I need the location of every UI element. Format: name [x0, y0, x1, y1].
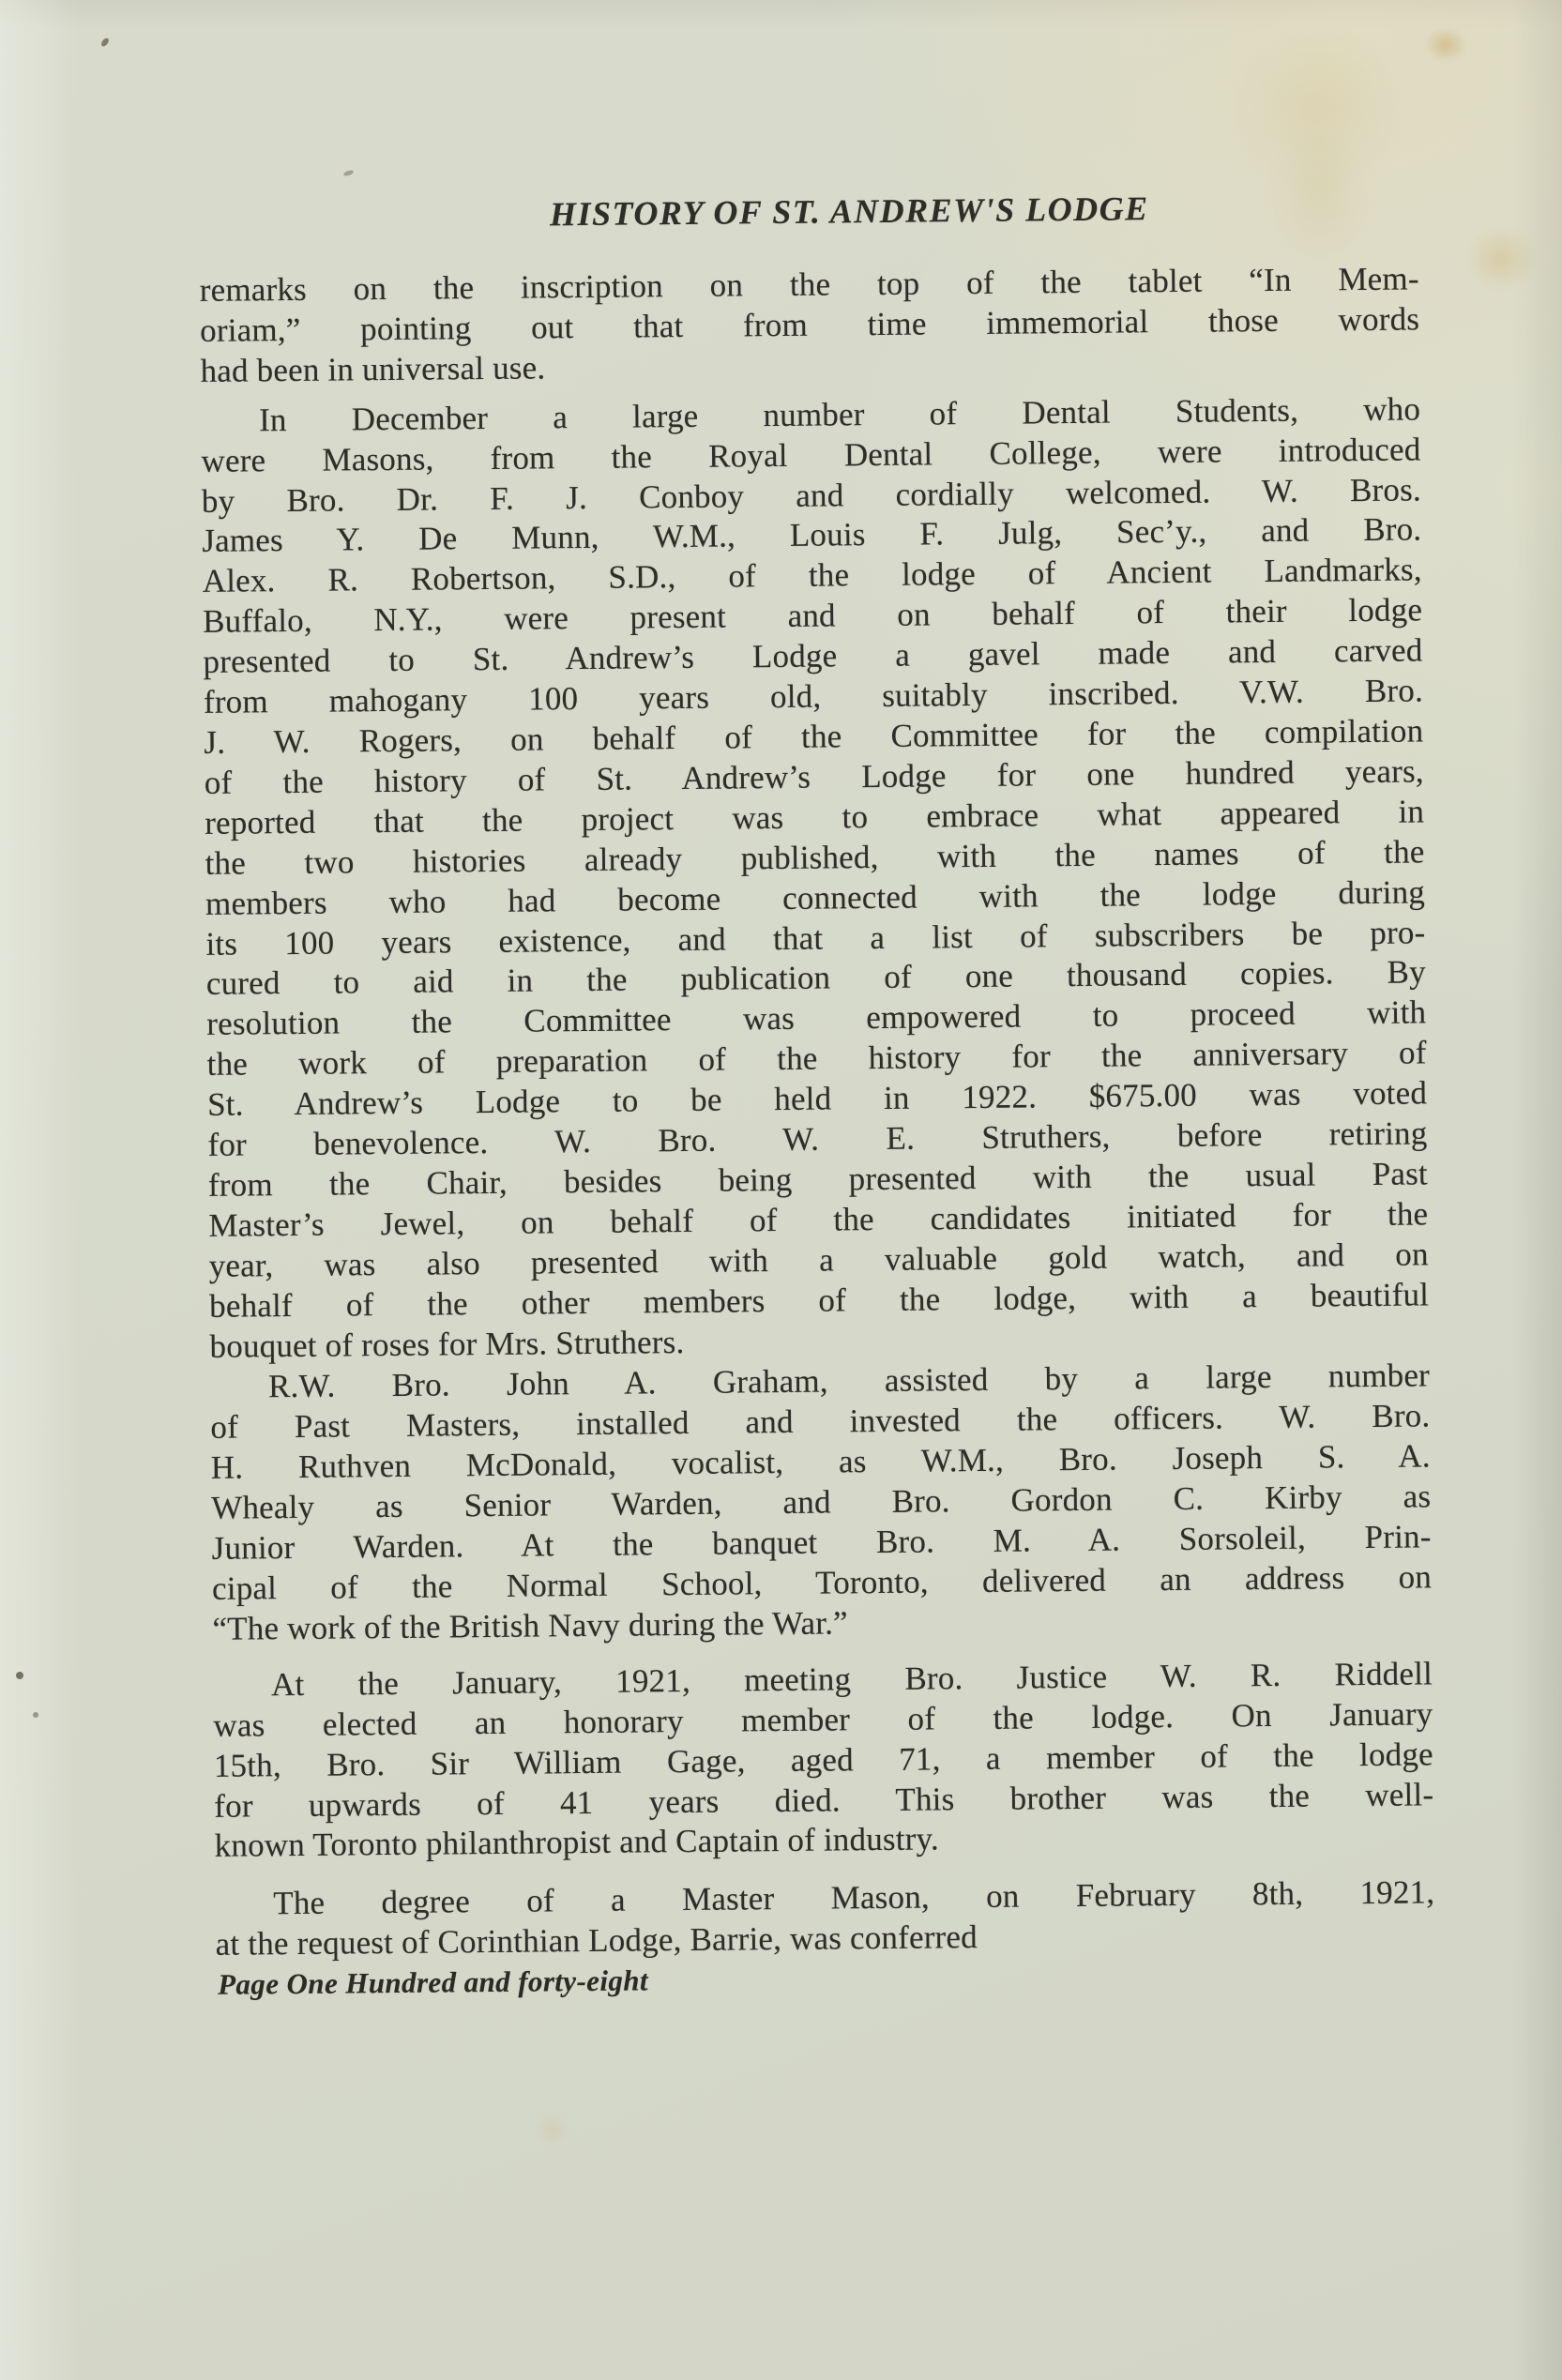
scanned-book-page: HISTORY OF ST. ANDREW'S LODGE remarks on… [0, 0, 1562, 2380]
paragraph: At the January, 1921, meeting Bro. Justi… [213, 1654, 1434, 1867]
page-content: HISTORY OF ST. ANDREW'S LODGE remarks on… [0, 0, 1562, 2380]
paragraph: remarks on the inscription on the top of… [200, 259, 1420, 391]
page-number-footer: Page One Hundred and forty-eight [218, 1963, 648, 2001]
page-header-title: HISTORY OF ST. ANDREW'S LODGE [550, 190, 1149, 234]
page-body-text: remarks on the inscription on the top of… [200, 259, 1435, 1965]
paragraph: The degree of a Master Mason, on Februar… [215, 1873, 1435, 1965]
paragraph: R.W. Bro. John A. Graham, assisted by a … [210, 1357, 1433, 1650]
paragraph: In December a large number of Dental Stu… [201, 389, 1430, 1367]
